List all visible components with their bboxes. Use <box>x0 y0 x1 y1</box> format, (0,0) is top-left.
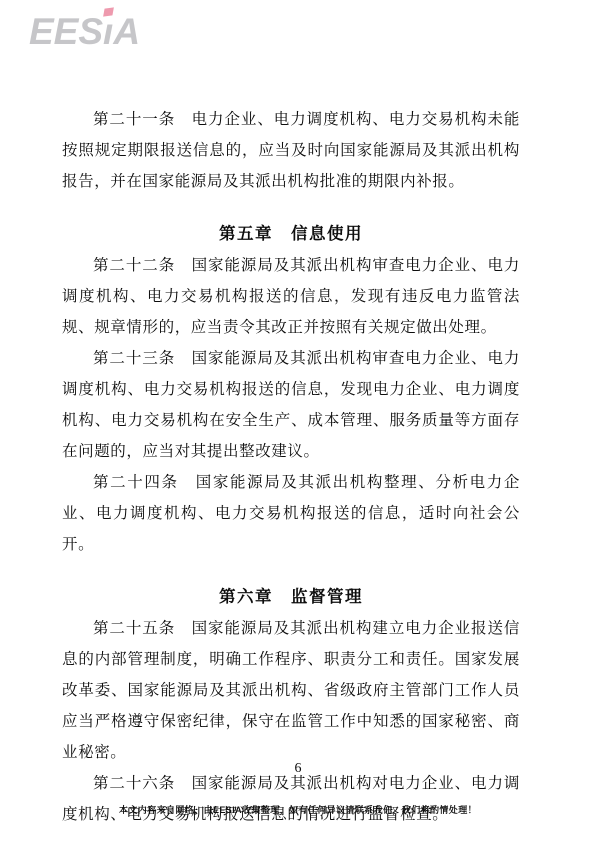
paragraph-article-26: 第二十六条 国家能源局及其派出机构对电力企业、电力调度机构、电力交易机构报送信息… <box>62 768 520 830</box>
logo-letter-suffix: A <box>113 11 140 52</box>
paragraph-article-22: 第二十二条 国家能源局及其派出机构审查电力企业、电力调度机构、电力交易机构报送的… <box>62 250 520 343</box>
page-number: 6 <box>0 761 596 777</box>
paragraph-article-25: 第二十五条 国家能源局及其派出机构建立电力企业报送信息的内部管理制度，明确工作程… <box>62 613 520 768</box>
logo-letters-prefix: EES <box>29 11 103 52</box>
document-page: { "logo": { "brand": "EESiA", "prefix": … <box>0 0 596 842</box>
paragraph-article-23: 第二十三条 国家能源局及其派出机构审查电力企业、电力调度机构、电力交易机构报送的… <box>62 343 520 467</box>
paragraph-article-24: 第二十四条 国家能源局及其派出机构整理、分析电力企业、电力调度机构、电力交易机构… <box>62 467 520 560</box>
chapter-heading-6: 第六章 监督管理 <box>62 582 520 613</box>
logo-i-dot-accent <box>103 7 114 16</box>
footer-disclaimer: 本文内容来自网络，由EESIA收集整理，如有任何异议请联系我们，我们将酌情处理！ <box>0 803 596 816</box>
paragraph-article-21: 第二十一条 电力企业、电力调度机构、电力交易机构未能按照规定期限报送信息的，应当… <box>62 104 520 197</box>
chapter-heading-5: 第五章 信息使用 <box>62 219 520 250</box>
document-body: 第二十一条 电力企业、电力调度机构、电力交易机构未能按照规定期限报送信息的，应当… <box>62 104 520 830</box>
eesia-logo: EESıA <box>29 13 140 50</box>
logo-letter-i: ı <box>103 11 113 52</box>
